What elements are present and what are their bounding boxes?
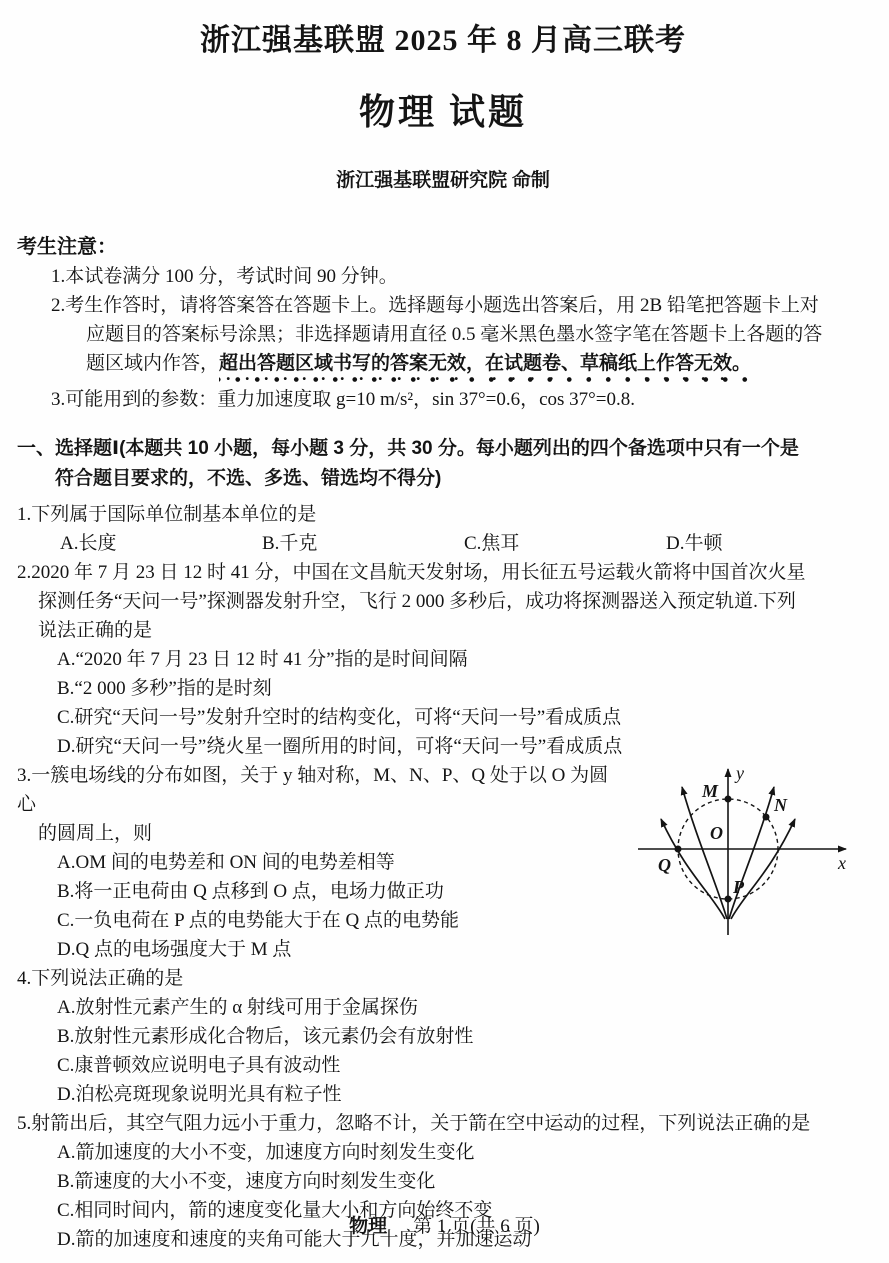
exam-title: 浙江强基联盟 2025 年 8 月高三联考: [17, 20, 869, 62]
question-1-option-b: B.千克: [262, 529, 464, 558]
section1-heading-line2: 符合题目要求的，不选、多选、错选均不得分): [55, 464, 869, 494]
notice-item-2-line2: 应题目的答案标号涂黑；非选择题请用直径 0.5 毫米黑色墨水签字笔在答题卡上各题…: [86, 320, 869, 349]
field-lines-figure: M N O Q P y x: [628, 755, 863, 943]
point-q-dot: [675, 846, 682, 853]
question-2-option-b: B.“2 000 多秒”指的是时刻: [57, 674, 869, 703]
notice-item-1: 1.本试卷满分 100 分，考试时间 90 分钟。: [51, 262, 869, 291]
question-2-stem-line1: 2.2020 年 7 月 23 日 12 时 41 分，中国在文昌航天发射场，用…: [17, 558, 869, 587]
point-q-label: Q: [658, 855, 671, 875]
paper-subject-title: 物理 试题: [17, 88, 869, 136]
y-axis-label: y: [734, 763, 744, 783]
question-2-option-a: A.“2020 年 7 月 23 日 12 时 41 分”指的是时间间隔: [57, 645, 869, 674]
x-axis-label: x: [837, 853, 846, 873]
question-4-stem: 4.下列说法正确的是: [17, 964, 869, 993]
point-m-dot: [725, 796, 732, 803]
question-4-option-c: C.康普顿效应说明电子具有波动性: [57, 1051, 869, 1080]
point-n-label: N: [773, 795, 788, 815]
question-3-block: M N O Q P y x 3.一簇电场线的分布如图，关于 y 轴对称，M、N、…: [17, 761, 869, 964]
question-1-stem: 1.下列属于国际单位制基本单位的是: [17, 500, 869, 529]
question-1-option-c: C.焦耳: [464, 529, 666, 558]
issuer-line: 浙江强基联盟研究院 命制: [17, 168, 869, 194]
point-n-dot: [763, 814, 770, 821]
question-2-stem-line2: 探测任务“天问一号”探测器发射升空，飞行 2 000 多秒后，成功将探测器送入预…: [38, 587, 869, 616]
question-5-stem: 5.射箭出后，其空气阻力远小于重力，忽略不计，关于箭在空中运动的过程，下列说法正…: [17, 1109, 869, 1138]
notice-item-2-line3-prefix: 题区域内作答，: [86, 353, 219, 374]
question-5-option-a: A.箭加速度的大小不变，加速度方向时刻发生变化: [57, 1138, 869, 1167]
question-2-option-c: C.研究“天问一号”发射升空时的结构变化，可将“天问一号”看成质点: [57, 703, 869, 732]
question-4-option-d: D.泊松亮斑现象说明光具有粒子性: [57, 1080, 869, 1109]
question-2-stem-line3: 说法正确的是: [38, 616, 869, 645]
point-p-label: P: [732, 877, 745, 897]
section1-heading-line1: 一、选择题Ⅰ(本题共 10 小题，每小题 3 分，共 30 分。每小题列出的四个…: [17, 434, 869, 464]
footer-page-info: 第 1 页(共 6 页): [413, 1216, 540, 1237]
question-1-options: A.长度 B.千克 C.焦耳 D.牛顿: [60, 529, 869, 558]
footer-subject: 物理: [349, 1216, 387, 1237]
question-4-option-b: B.放射性元素形成化合物后，该元素仍会有放射性: [57, 1022, 869, 1051]
question-5-option-b: B.箭速度的大小不变，速度方向时刻发生变化: [57, 1167, 869, 1196]
field-line-outer-right: [731, 819, 795, 919]
question-4-option-a: A.放射性元素产生的 α 射线可用于金属探伤: [57, 993, 869, 1022]
field-line-inner-left: [682, 787, 727, 919]
notice-item-2-line1: 2.考生作答时，请将答案答在答题卡上。选择题每小题选出答案后，用 2B 铅笔把答…: [51, 291, 869, 320]
question-1-option-a: A.长度: [60, 529, 262, 558]
notice-item-2-line3: 题区域内作答，超出答题区域书写的答案无效，在试题卷、草稿纸上作答无效。: [86, 349, 869, 385]
notice-heading: 考生注意：: [17, 232, 869, 262]
exam-paper-page: 浙江强基联盟 2025 年 8 月高三联考 物理 试题 浙江强基联盟研究院 命制…: [0, 0, 889, 1263]
origin-label: O: [710, 823, 723, 843]
point-p-dot: [725, 896, 732, 903]
question-1-option-d: D.牛顿: [666, 529, 869, 558]
field-line-inner-right: [729, 787, 774, 919]
notice-emphasis-text: 超出答题区域书写的答案无效，在试题卷、草稿纸上作答无效。: [219, 353, 751, 383]
point-m-label: M: [701, 781, 719, 801]
notice-item-3: 3.可能用到的参数：重力加速度取 g=10 m/s²，sin 37°=0.6，c…: [51, 385, 869, 414]
page-footer: 物理第 1 页(共 6 页): [0, 1212, 889, 1241]
